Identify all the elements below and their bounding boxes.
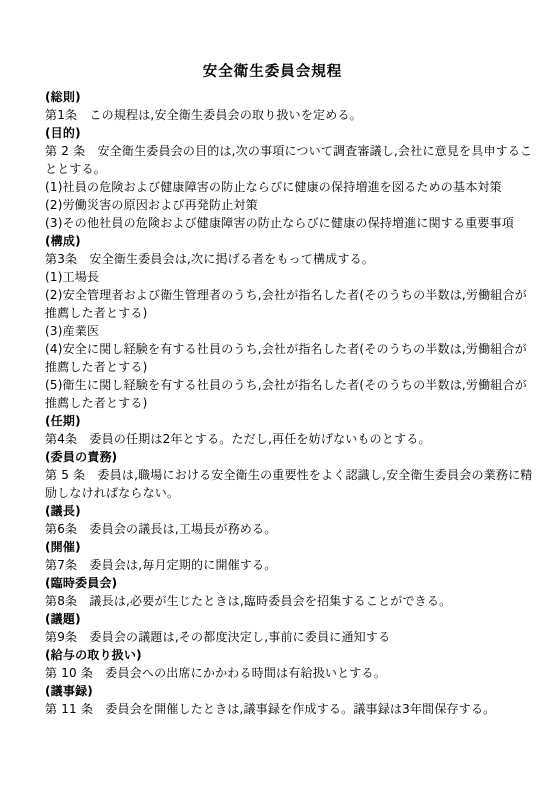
text-line: (1)工場長 (45, 268, 507, 286)
text-line: 第4条 委員の任期は2年とする。ただし,再任を妨げないものとする。 (45, 430, 507, 448)
text-line: 推薦した者とする) (45, 394, 507, 412)
text-line: 第 5 条 委員は,職場における安全衛生の重要性をよく認識し,安全衛生委員会の業… (45, 466, 507, 484)
text-line: (1)社員の危険および健康障害の防止ならびに健康の保持増進を図るための基本対策 (45, 178, 507, 196)
text-line: (4)安全に関し経験を有する社員のうち,会社が指名した者(そのうちの半数は,労働… (45, 340, 507, 358)
text-line: 第6条 委員会の議長は,工場長が務める。 (45, 520, 507, 538)
text-line: 第7条 委員会は,毎月定期的に開催する。 (45, 556, 507, 574)
text-line: (3)産業医 (45, 322, 507, 340)
section-heading: (総則) (45, 88, 507, 106)
text-line: 第1条 この規程は,安全衛生委員会の取り扱いを定める。 (45, 106, 507, 124)
text-line: 第 11 条 委員会を開催したときは,議事録を作成する。議事録は3年間保存する。 (45, 700, 507, 718)
section-heading: (給与の取り扱い) (45, 646, 507, 664)
document-lines: (総則)第1条 この規程は,安全衛生委員会の取り扱いを定める。(目的)第 2 条… (45, 88, 507, 718)
text-line: 推薦した者とする) (45, 358, 507, 376)
text-line: 第8条 議長は,必要が生じたときは,臨時委員会を招集することができる。 (45, 592, 507, 610)
text-line: (5)衛生に関し経験を有する社員のうち,会社が指名した者(そのうちの半数は,労働… (45, 376, 507, 394)
section-heading: (議事録) (45, 682, 507, 700)
section-heading: (議題) (45, 610, 507, 628)
section-heading: (開催) (45, 538, 507, 556)
text-line: (2)安全管理者および衛生管理者のうち,会社が指名した者(そのうちの半数は,労働… (45, 286, 507, 304)
section-heading: (目的) (45, 124, 507, 142)
text-line: 第 10 条 委員会への出席にかかわる時間は有給扱いとする。 (45, 664, 507, 682)
text-line: 第3条 安全衛生委員会は,次に掲げる者をもって構成する。 (45, 250, 507, 268)
section-heading: (議長) (45, 502, 507, 520)
section-heading: (構成) (45, 232, 507, 250)
section-heading: (委員の責務) (45, 448, 507, 466)
text-line: 第9条 委員会の議題は,その都度決定し,事前に委員に通知する (45, 628, 507, 646)
text-line: (2)労働災害の原因および再発防止対策 (45, 196, 507, 214)
text-line: (3)その他社員の危険および健康障害の防止ならびに健康の保持増進に関する重要事項 (45, 214, 507, 232)
document-title: 安全衛生委員会規程 (38, 64, 507, 80)
text-line: 第 2 条 安全衛生委員会の目的は,次の事項について調査審議し,会社に意見を具申… (45, 142, 507, 160)
document-page: 安全衛生委員会規程 (総則)第1条 この規程は,安全衛生委員会の取り扱いを定める… (0, 0, 545, 796)
text-line: ととする。 (45, 160, 507, 178)
text-line: 励しなければならない。 (45, 484, 507, 502)
section-heading: (臨時委員会) (45, 574, 507, 592)
text-line: 推薦した者とする) (45, 304, 507, 322)
section-heading: (任期) (45, 412, 507, 430)
